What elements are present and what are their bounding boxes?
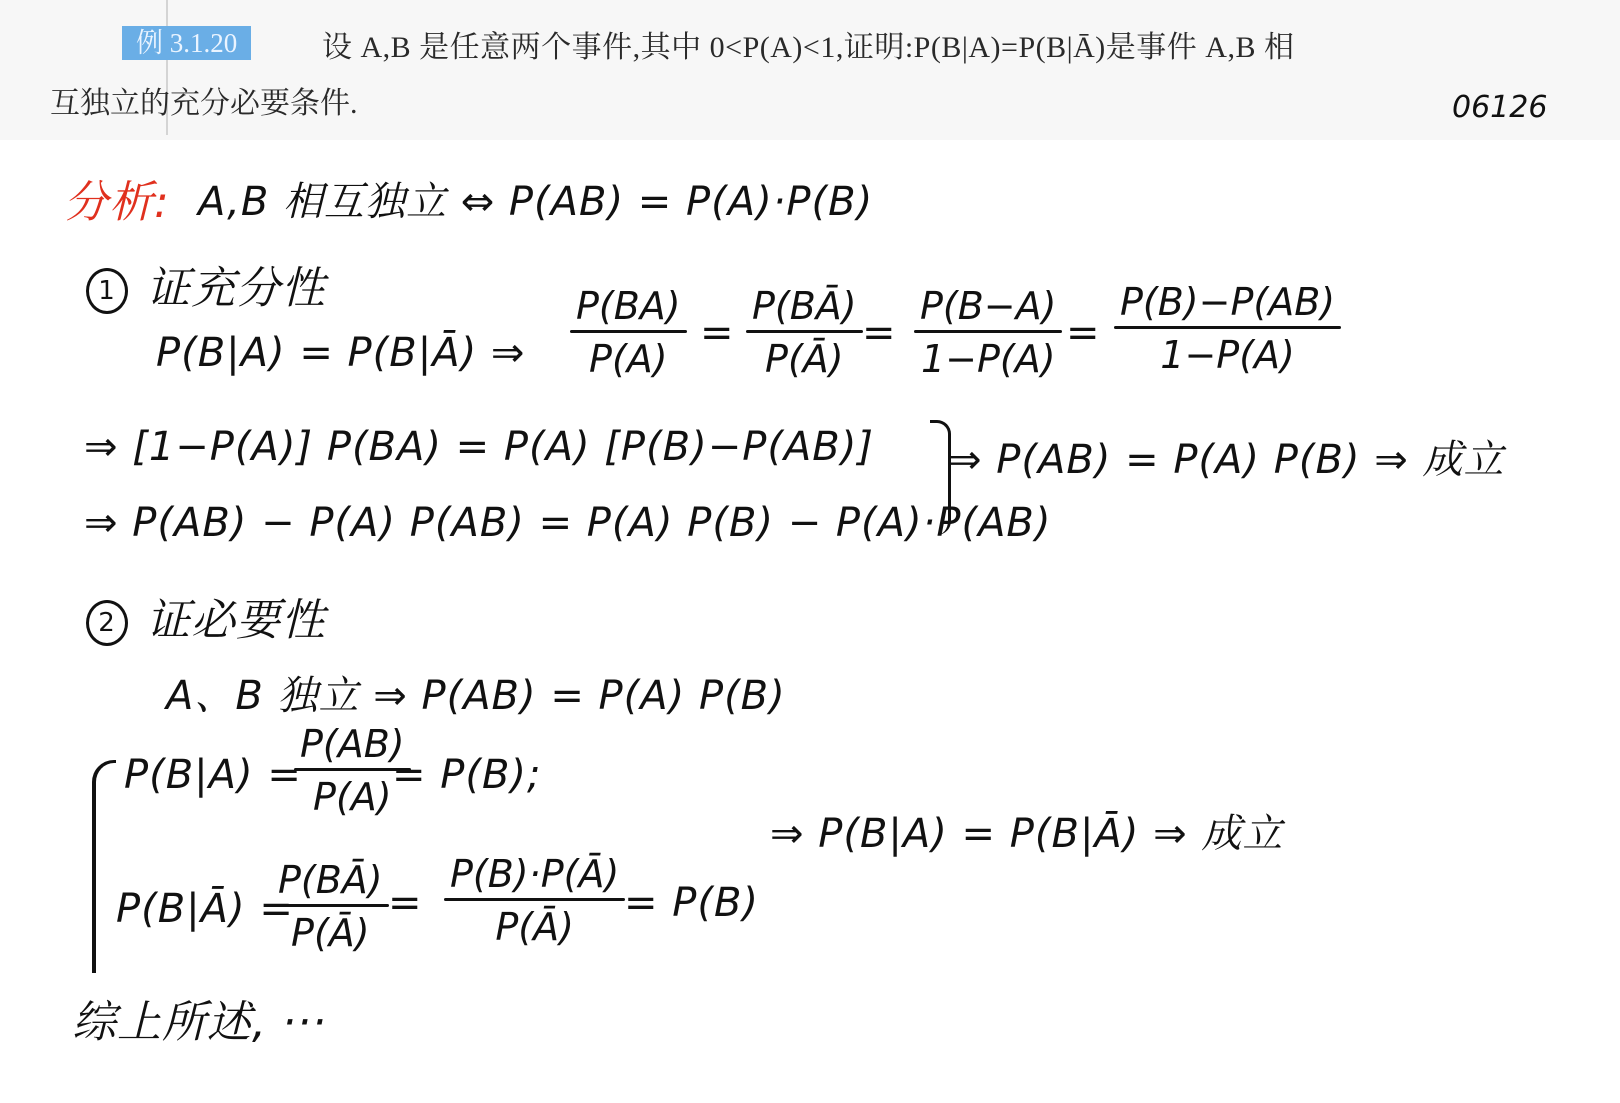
part1-premise: P(B|A) = P(B|Ā) ⇒ [156, 330, 525, 376]
example-label: 例 3.1.20 [122, 26, 251, 60]
circled-number-1: 1 [86, 268, 128, 314]
circled-number-2: 2 [86, 600, 128, 646]
case2-fraction-1: P(BĀ) P(Ā) [272, 858, 389, 955]
equals-sign: = [388, 880, 422, 926]
analysis-text: A,B 相互独立 ⇔ P(AB) = P(A)·P(B) [198, 170, 873, 227]
part1-step-2: ⇒ P(AB) − P(A) P(AB) = P(A) P(B) − P(A)·… [84, 500, 1051, 546]
part1-title: 证充分性 [146, 263, 326, 314]
equals-sign: = [1066, 310, 1100, 356]
fraction-1: P(BA) P(A) [570, 284, 687, 381]
equals-sign: = [700, 310, 734, 356]
part2-premise: A、B 独立 ⇒ P(AB) = P(A) P(B) [166, 664, 786, 721]
left-brace [92, 760, 116, 973]
summary: 综上所述, ··· [72, 986, 327, 1050]
part2-heading: 2证必要性 [86, 584, 326, 648]
page-number: 06126 [1452, 90, 1547, 125]
case1-rhs: = P(B); [392, 752, 541, 798]
part1-conclusion: ⇒ P(AB) = P(A) P(B) ⇒ 成立 [948, 428, 1504, 485]
fraction-2: P(BĀ) P(Ā) [746, 284, 863, 381]
analysis-label: 分析: [64, 166, 170, 230]
case2-rhs: = P(B) [624, 880, 759, 926]
problem-text-line-2: 互独立的充分必要条件. [50, 78, 358, 122]
case2-lhs: P(B|Ā) = [116, 886, 294, 932]
problem-text-line-1: 设 A,B 是任意两个事件,其中 0<P(A)<1,证明:P(B|A)=P(B|… [322, 22, 1294, 66]
fraction-3: P(B−A) 1−P(A) [914, 284, 1062, 381]
case1-lhs: P(B|A) = [124, 752, 302, 798]
fraction-4: P(B)−P(AB) 1−P(A) [1114, 280, 1341, 377]
part2-conclusion: ⇒ P(B|A) = P(B|Ā) ⇒ 成立 [770, 802, 1283, 859]
case2-fraction-2: P(B)·P(Ā) P(Ā) [444, 852, 625, 949]
part1-heading: 1证充分性 [86, 252, 326, 316]
part1-step-1: ⇒ [1−P(A)] P(BA) = P(A) [P(B)−P(AB)] [84, 424, 874, 470]
part2-title: 证必要性 [146, 595, 326, 646]
equals-sign: = [862, 310, 896, 356]
printed-problem: 例 3.1.20 设 A,B 是任意两个事件,其中 0<P(A)<1,证明:P(… [0, 0, 1620, 140]
